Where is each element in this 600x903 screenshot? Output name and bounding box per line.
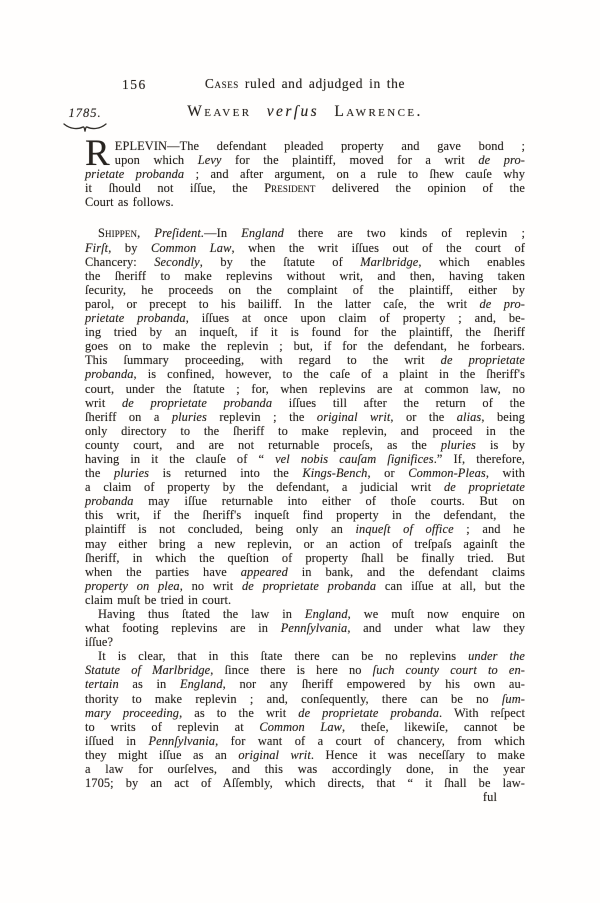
text-line: iſſued in Pennſylvania, for want of a co… bbox=[85, 734, 525, 748]
text-line: 1705; by an act of Aſſembly, which direc… bbox=[85, 776, 525, 790]
text-line: a law for ourſelves, and this was accord… bbox=[85, 762, 525, 776]
opinion-body: R EPLEVIN—The defendant pleaded property… bbox=[85, 139, 525, 804]
paragraph-replevin: R EPLEVIN—The defendant pleaded property… bbox=[85, 139, 525, 209]
text-line: property on plea, no writ de proprietate… bbox=[85, 579, 525, 593]
text-line: probanda may iſſue returnable into eithe… bbox=[85, 494, 525, 508]
text-line: parol, or precept to his bailiff. In the… bbox=[85, 297, 525, 311]
paragraph-having-stated: Having thus ſtated the law in England, w… bbox=[85, 607, 525, 649]
scanned-book-page: 156 Cases ruled and adjudged in the 1785… bbox=[0, 0, 600, 903]
margin-brace-icon bbox=[63, 122, 107, 132]
text-line: ſheriff, in which the queſtion of proper… bbox=[85, 551, 525, 565]
text-line: goes on to make the replevin ; but, if f… bbox=[85, 339, 525, 353]
text-line: writ de proprietate probanda iſſues till… bbox=[85, 396, 525, 410]
text-line: thority to make replevin ; and, conſeque… bbox=[85, 692, 525, 706]
text-line: iſſue? bbox=[85, 635, 525, 649]
paragraph-shippen-opinion: Shippen, Preſident.—In England there are… bbox=[85, 226, 525, 607]
text-line: Chancery: Secondly, by the ſtatute of Ma… bbox=[85, 255, 525, 269]
text-line: the ſheriff to make replevins without wr… bbox=[85, 269, 525, 283]
text-line: It is clear, that in this ſtate there ca… bbox=[85, 649, 525, 663]
text-line: when the parties have appeared in bank, … bbox=[85, 565, 525, 579]
text-line: probanda, is confined, however, to the c… bbox=[85, 367, 525, 381]
text-line: plaintiff is not concluded, being only a… bbox=[85, 522, 525, 536]
text-line: the pluries is returned into the Kings-B… bbox=[85, 466, 525, 480]
text-line: prietate probanda, iſſues at once upon c… bbox=[85, 311, 525, 325]
text-line: court, under the ſtatute ; for, when rep… bbox=[85, 382, 525, 396]
text-line: may either bring a new replevin, or an a… bbox=[85, 537, 525, 551]
text-line: Firſt, by Common Law, when the writ iſſu… bbox=[85, 241, 525, 255]
text-line: having in it the clauſe of “ vel nobis c… bbox=[85, 452, 525, 466]
text-line: upon which Levy for the plaintiff, moved… bbox=[85, 153, 525, 167]
text-line: it ſhould not iſſue, the President deliv… bbox=[85, 181, 525, 195]
running-head: Cases ruled and adjudged in the bbox=[85, 76, 525, 92]
text-line: EPLEVIN—The defendant pleaded property a… bbox=[85, 139, 525, 153]
text-line: ing tried by an inqueſt, if it is found … bbox=[85, 325, 525, 339]
text-line: only directory to the ſheriff to make re… bbox=[85, 424, 525, 438]
text-line: Statute of Marlbridge, ſince there is he… bbox=[85, 663, 525, 677]
text-line: claim muſt be tried in court. bbox=[85, 593, 525, 607]
text-line: county court, and are not returnable pro… bbox=[85, 438, 525, 452]
catchword: ful bbox=[85, 790, 525, 804]
text-line: a claim of property by the defendant, a … bbox=[85, 480, 525, 494]
text-line: what footing replevins are in Pennſylvan… bbox=[85, 621, 525, 635]
text-line: This ſummary proceeding, with regard to … bbox=[85, 353, 525, 367]
text-line: tertain as in England, nor any ſheriff e… bbox=[85, 677, 525, 691]
text-line: to writs of replevin at Common Law, theſ… bbox=[85, 720, 525, 734]
paragraph-it-is-clear: It is clear, that in this ſtate there ca… bbox=[85, 649, 525, 790]
text-line: ſecurity, he proceeds on the complaint o… bbox=[85, 283, 525, 297]
text-line: this writ, if the ſheriff's inqueſt find… bbox=[85, 508, 525, 522]
drop-cap: R bbox=[85, 139, 115, 167]
paragraph-replevin-lines: EPLEVIN—The defendant pleaded property a… bbox=[85, 139, 525, 209]
text-line: mary proceeding, as to the writ de propr… bbox=[85, 706, 525, 720]
text-line: Shippen, Preſident.—In England there are… bbox=[85, 226, 525, 240]
text-line: Having thus ſtated the law in England, w… bbox=[85, 607, 525, 621]
case-title: Weaver verſus Lawrence. bbox=[85, 103, 525, 121]
text-line: prietate probanda ; and after argument, … bbox=[85, 167, 525, 181]
text-line: they might iſſue as an original writ. He… bbox=[85, 748, 525, 762]
text-line: Court as follows. bbox=[85, 195, 525, 209]
text-line: ſheriff on a pluries replevin ; the orig… bbox=[85, 410, 525, 424]
